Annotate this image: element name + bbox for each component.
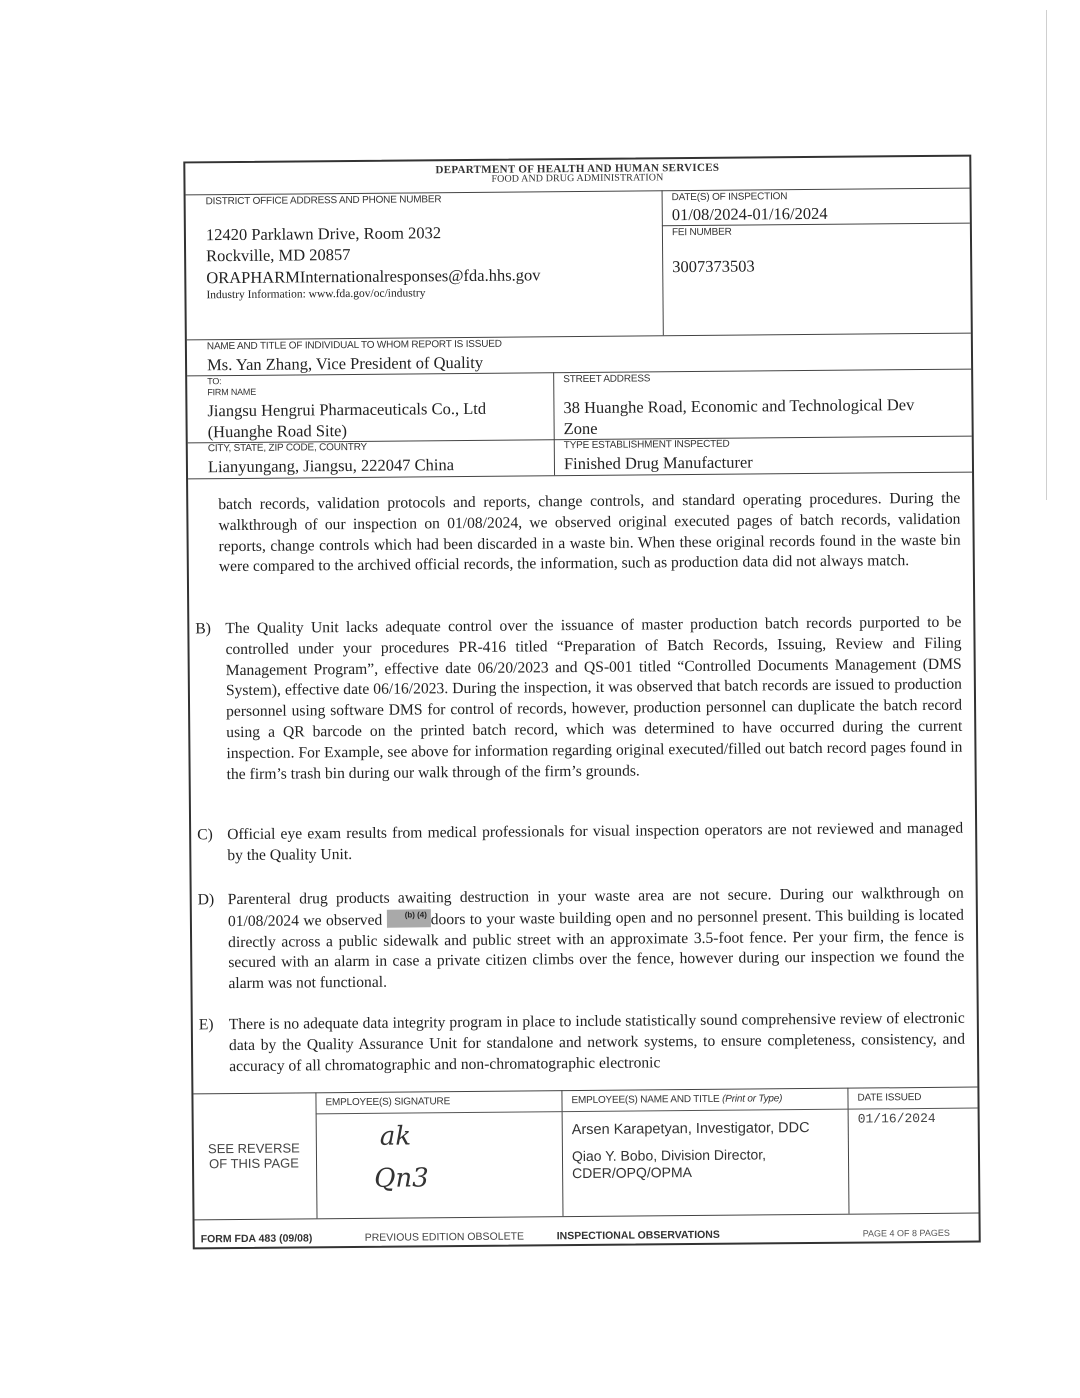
industry-info: Industry Information: www.fda.gov/oc/ind…	[206, 287, 425, 301]
recipient-label: NAME AND TITLE OF INDIVIDUAL TO WHOM REP…	[207, 339, 502, 353]
form-id: FORM FDA 483 (09/08)	[201, 1232, 313, 1245]
fei-value: 3007373503	[672, 256, 755, 277]
form-title: INSPECTIONAL OBSERVATIONS	[557, 1229, 720, 1242]
city-value: Lianyungang, Jiangsu, 222047 China	[208, 455, 454, 477]
document-page: DEPARTMENT OF HEALTH AND HUMAN SERVICES …	[0, 0, 1080, 1398]
print-or-type-note: (Print or Type)	[722, 1093, 782, 1105]
signature-1: ak	[380, 1121, 412, 1151]
establishment-label: TYPE ESTABLISHMENT INSPECTED	[564, 439, 730, 451]
inspection-dates-label: DATE(S) OF INSPECTION	[672, 191, 788, 203]
divider	[561, 1090, 563, 1216]
date-issued-value: 01/16/2024	[858, 1111, 936, 1127]
employee-2-line1: Qiao Y. Bobo, Division Director,	[572, 1146, 766, 1164]
item-letter: C)	[197, 825, 213, 846]
observation-item-e: E) There is no adequate data integrity p…	[199, 1009, 966, 1078]
firm-name-line2: (Huanghe Road Site)	[208, 421, 347, 442]
previous-edition-note: PREVIOUS EDITION OBSOLETE	[365, 1231, 524, 1244]
establishment-value: Finished Drug Manufacturer	[564, 452, 753, 474]
observations-list: B) The Quality Unit lacks adequate contr…	[195, 613, 961, 620]
firm-name-line1: Jiangsu Hengrui Pharmaceuticals Co., Ltd	[207, 399, 486, 421]
divider	[186, 188, 970, 196]
item-letter: D)	[198, 890, 215, 911]
street-address-line1: 38 Huanghe Road, Economic and Technologi…	[563, 395, 914, 418]
to-label: TO:	[207, 376, 221, 386]
redaction-code: (b) (4)	[405, 905, 427, 926]
divider	[553, 372, 555, 475]
district-office-label: DISTRICT OFFICE ADDRESS AND PHONE NUMBER	[206, 194, 442, 207]
item-text: Official eye exam results from medical p…	[227, 819, 963, 867]
office-email: ORAPHARMInternationalresponses@fda.hhs.g…	[206, 265, 540, 288]
observation-item-b: B) The Quality Unit lacks adequate contr…	[195, 613, 962, 786]
street-address-label: STREET ADDRESS	[563, 373, 650, 385]
divider	[195, 1213, 979, 1221]
recipient-value: Ms. Yan Zhang, Vice President of Quality	[207, 353, 483, 375]
item-letter: E)	[199, 1015, 214, 1036]
divider	[187, 333, 971, 341]
employee-2-line2: CDER/OPQ/OPMA	[572, 1164, 692, 1181]
fei-label: FEI NUMBER	[672, 227, 732, 239]
item-text: The Quality Unit lacks adequate control …	[225, 613, 962, 786]
street-address-line2: Zone	[564, 419, 598, 439]
signature-label: EMPLOYEE(S) SIGNATURE	[325, 1096, 450, 1108]
item-letter: B)	[195, 619, 211, 640]
observation-item-d: D) Parenteral drug products awaiting des…	[198, 884, 965, 996]
fda-483-form: DEPARTMENT OF HEALTH AND HUMAN SERVICES …	[183, 155, 980, 1250]
item-text: Parenteral drug products awaiting destru…	[228, 884, 965, 995]
date-issued-label: DATE ISSUED	[857, 1092, 921, 1104]
office-address-line1: 12420 Parklawn Drive, Room 2032	[206, 223, 441, 245]
inspection-dates-value: 01/08/2024-01/16/2024	[672, 204, 828, 225]
agency-header: DEPARTMENT OF HEALTH AND HUMAN SERVICES …	[185, 160, 969, 188]
divider	[315, 1092, 317, 1218]
employee-name-label: EMPLOYEE(S) NAME AND TITLE (Print or Typ…	[571, 1093, 782, 1106]
observation-item-c: C) Official eye exam results from medica…	[197, 819, 963, 867]
city-label: CITY, STATE, ZIP CODE, COUNTRY	[208, 442, 367, 454]
item-text: There is no adequate data integrity prog…	[229, 1009, 966, 1078]
office-address-line2: Rockville, MD 20857	[206, 245, 351, 266]
see-reverse-note: SEE REVERSE OF THIS PAGE	[202, 1140, 306, 1171]
divider	[847, 1088, 849, 1214]
firm-name-label: FIRM NAME	[207, 387, 256, 397]
page-number: PAGE 4 OF 8 PAGES	[863, 1228, 950, 1239]
divider	[662, 190, 664, 335]
signature-2: Qn3	[374, 1163, 429, 1193]
observation-continuation: batch records, validation protocols and …	[218, 489, 961, 579]
redaction-box: (b) (4)	[387, 909, 431, 927]
employee-1: Arsen Karapetyan, Investigator, DDC	[572, 1120, 810, 1138]
